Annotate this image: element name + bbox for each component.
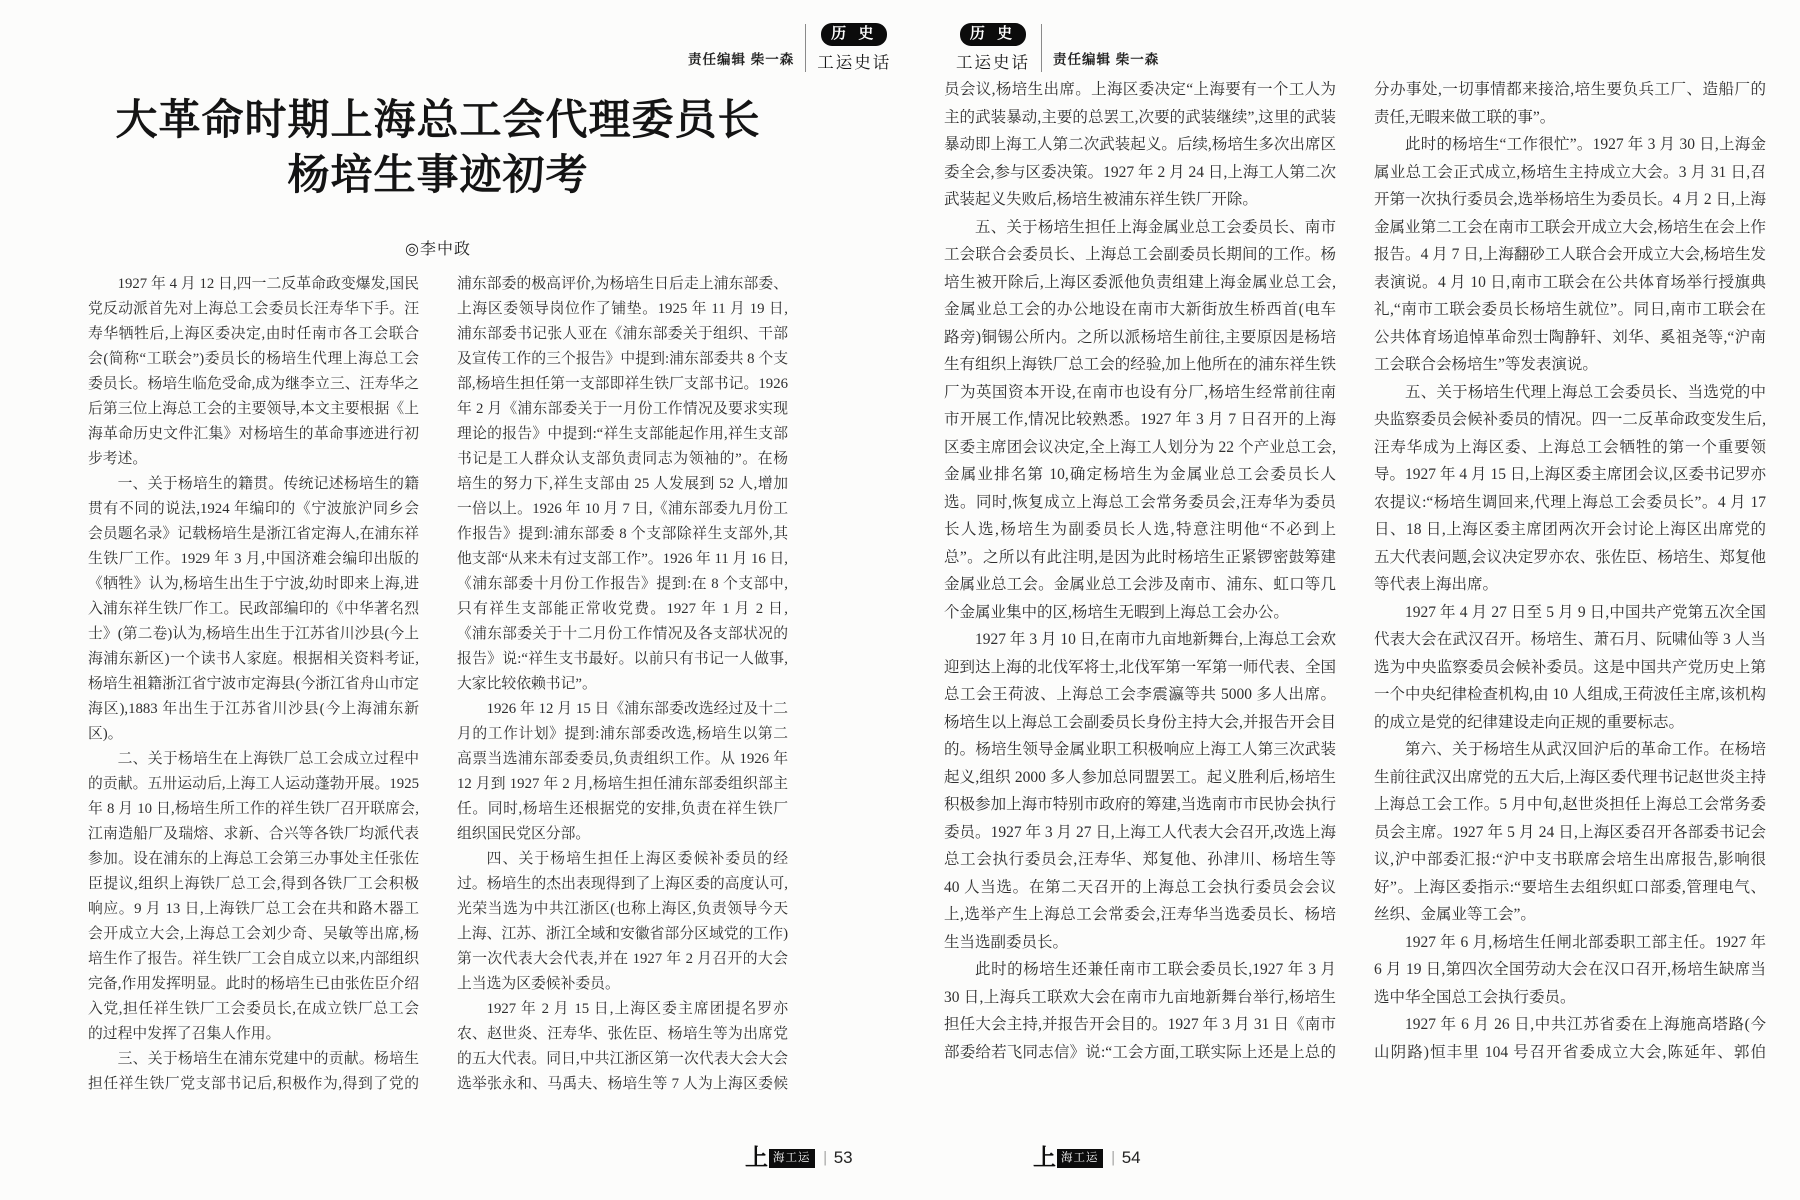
editor-credit: 责任编辑 柴一森	[1053, 48, 1159, 68]
page-54-footer: 上 海工运 | 54	[1033, 1146, 1141, 1170]
section-badge-block: 历 史 工运史话	[956, 23, 1030, 73]
article-body-page54: 员会议,杨培生出席。上海区委决定“上海要有一个工人为主的武装暴动,主要的总罢工,…	[944, 76, 1766, 1110]
paragraph: 1926 年 12 月 15 日《浦东部委改选经过及十二月的工作计划》提到:浦东…	[457, 697, 788, 847]
paragraph: 五、关于杨培生担任上海金属业总工会委员长、南市工会联合会委员长、上海总工会副委员…	[944, 214, 1336, 627]
article-title-line2: 杨培生事迹初考	[287, 153, 588, 199]
page-number: 54	[1122, 1148, 1141, 1168]
article-title-line1: 大革命时期上海总工会代理委员长	[115, 98, 760, 144]
paragraph: 1927 年 4 月 12 日,四一二反革命政变爆发,国民党反动派首先对上海总工…	[88, 272, 419, 472]
paragraph: 四、关于杨培生担任上海区委候补委员的经过。杨培生的杰出表现得到了上海区委的高度认…	[457, 847, 788, 997]
footer-separator: |	[1112, 1149, 1115, 1167]
column-title: 工运史话	[817, 49, 891, 73]
article-author: ◎李中政	[88, 236, 788, 259]
paragraph: 五、关于杨培生代理上海总工会委员长、当选党的中央监察委员会候补委员的情况。四一二…	[1374, 379, 1766, 599]
page-number: 53	[834, 1148, 853, 1168]
page-53-footer: 上 海工运 | 53	[745, 1146, 853, 1170]
section-badge-block: 历 史 工运史话	[817, 23, 891, 73]
magazine-spread: 责任编辑 柴一森 历 史 工运史话 历 史 工运史话 责任编辑 柴一森 大革命时…	[0, 0, 1800, 1200]
column-title: 工运史话	[956, 49, 1030, 73]
article-body-page53: 1927 年 4 月 12 日,四一二反革命政变爆发,国民党反动派首先对上海总工…	[88, 272, 788, 1114]
journal-logo-prefix: 上	[1033, 1147, 1056, 1169]
header-divider-line	[805, 24, 806, 72]
footer-separator: |	[824, 1149, 827, 1167]
paragraph: 1927 年 4 月 27 日至 5 月 9 日,中国共产党第五次全国代表大会在…	[1374, 599, 1766, 737]
page-54-header: 历 史 工运史话 责任编辑 柴一森	[956, 22, 1159, 74]
paragraph: 一、关于杨培生的籍贯。传统记述杨培生的籍贯有不同的说法,1924 年编印的《宁波…	[88, 472, 419, 747]
history-section-badge: 历 史	[960, 23, 1026, 46]
editor-credit: 责任编辑 柴一森	[688, 48, 794, 68]
paragraph: 此时的杨培生“工作很忙”。1927 年 3 月 30 日,上海金属业总工会正式成…	[1374, 131, 1766, 379]
paragraph: 二、关于杨培生在上海铁厂总工会成立过程中的贡献。五卅运动后,上海工人运动蓬勃开展…	[88, 747, 419, 1047]
journal-logo-box: 海工运	[769, 1149, 815, 1168]
paragraph: 1927 年 6 月,杨培生任闸北部委职工部主任。1927 年 6 月 19 日…	[1374, 929, 1766, 1012]
history-section-badge: 历 史	[821, 23, 887, 46]
article-title: 大革命时期上海总工会代理委员长杨培生事迹初考	[88, 94, 788, 204]
paragraph: 员会议,杨培生出席。上海区委决定“上海要有一个工人为主的武装暴动,主要的总罢工,…	[944, 76, 1336, 214]
header-divider-line	[1041, 24, 1042, 72]
journal-logo-prefix: 上	[745, 1147, 768, 1169]
journal-logo-box: 海工运	[1057, 1149, 1103, 1168]
paragraph: 第六、关于杨培生从武汉回沪后的革命工作。在杨培生前往武汉出席党的五大后,上海区委…	[1374, 736, 1766, 929]
paragraph: 1927 年 3 月 10 日,在南市九亩地新舞台,上海总工会欢迎到达上海的北伐…	[944, 626, 1336, 956]
page-53-header: 责任编辑 柴一森 历 史 工运史话	[688, 22, 891, 74]
